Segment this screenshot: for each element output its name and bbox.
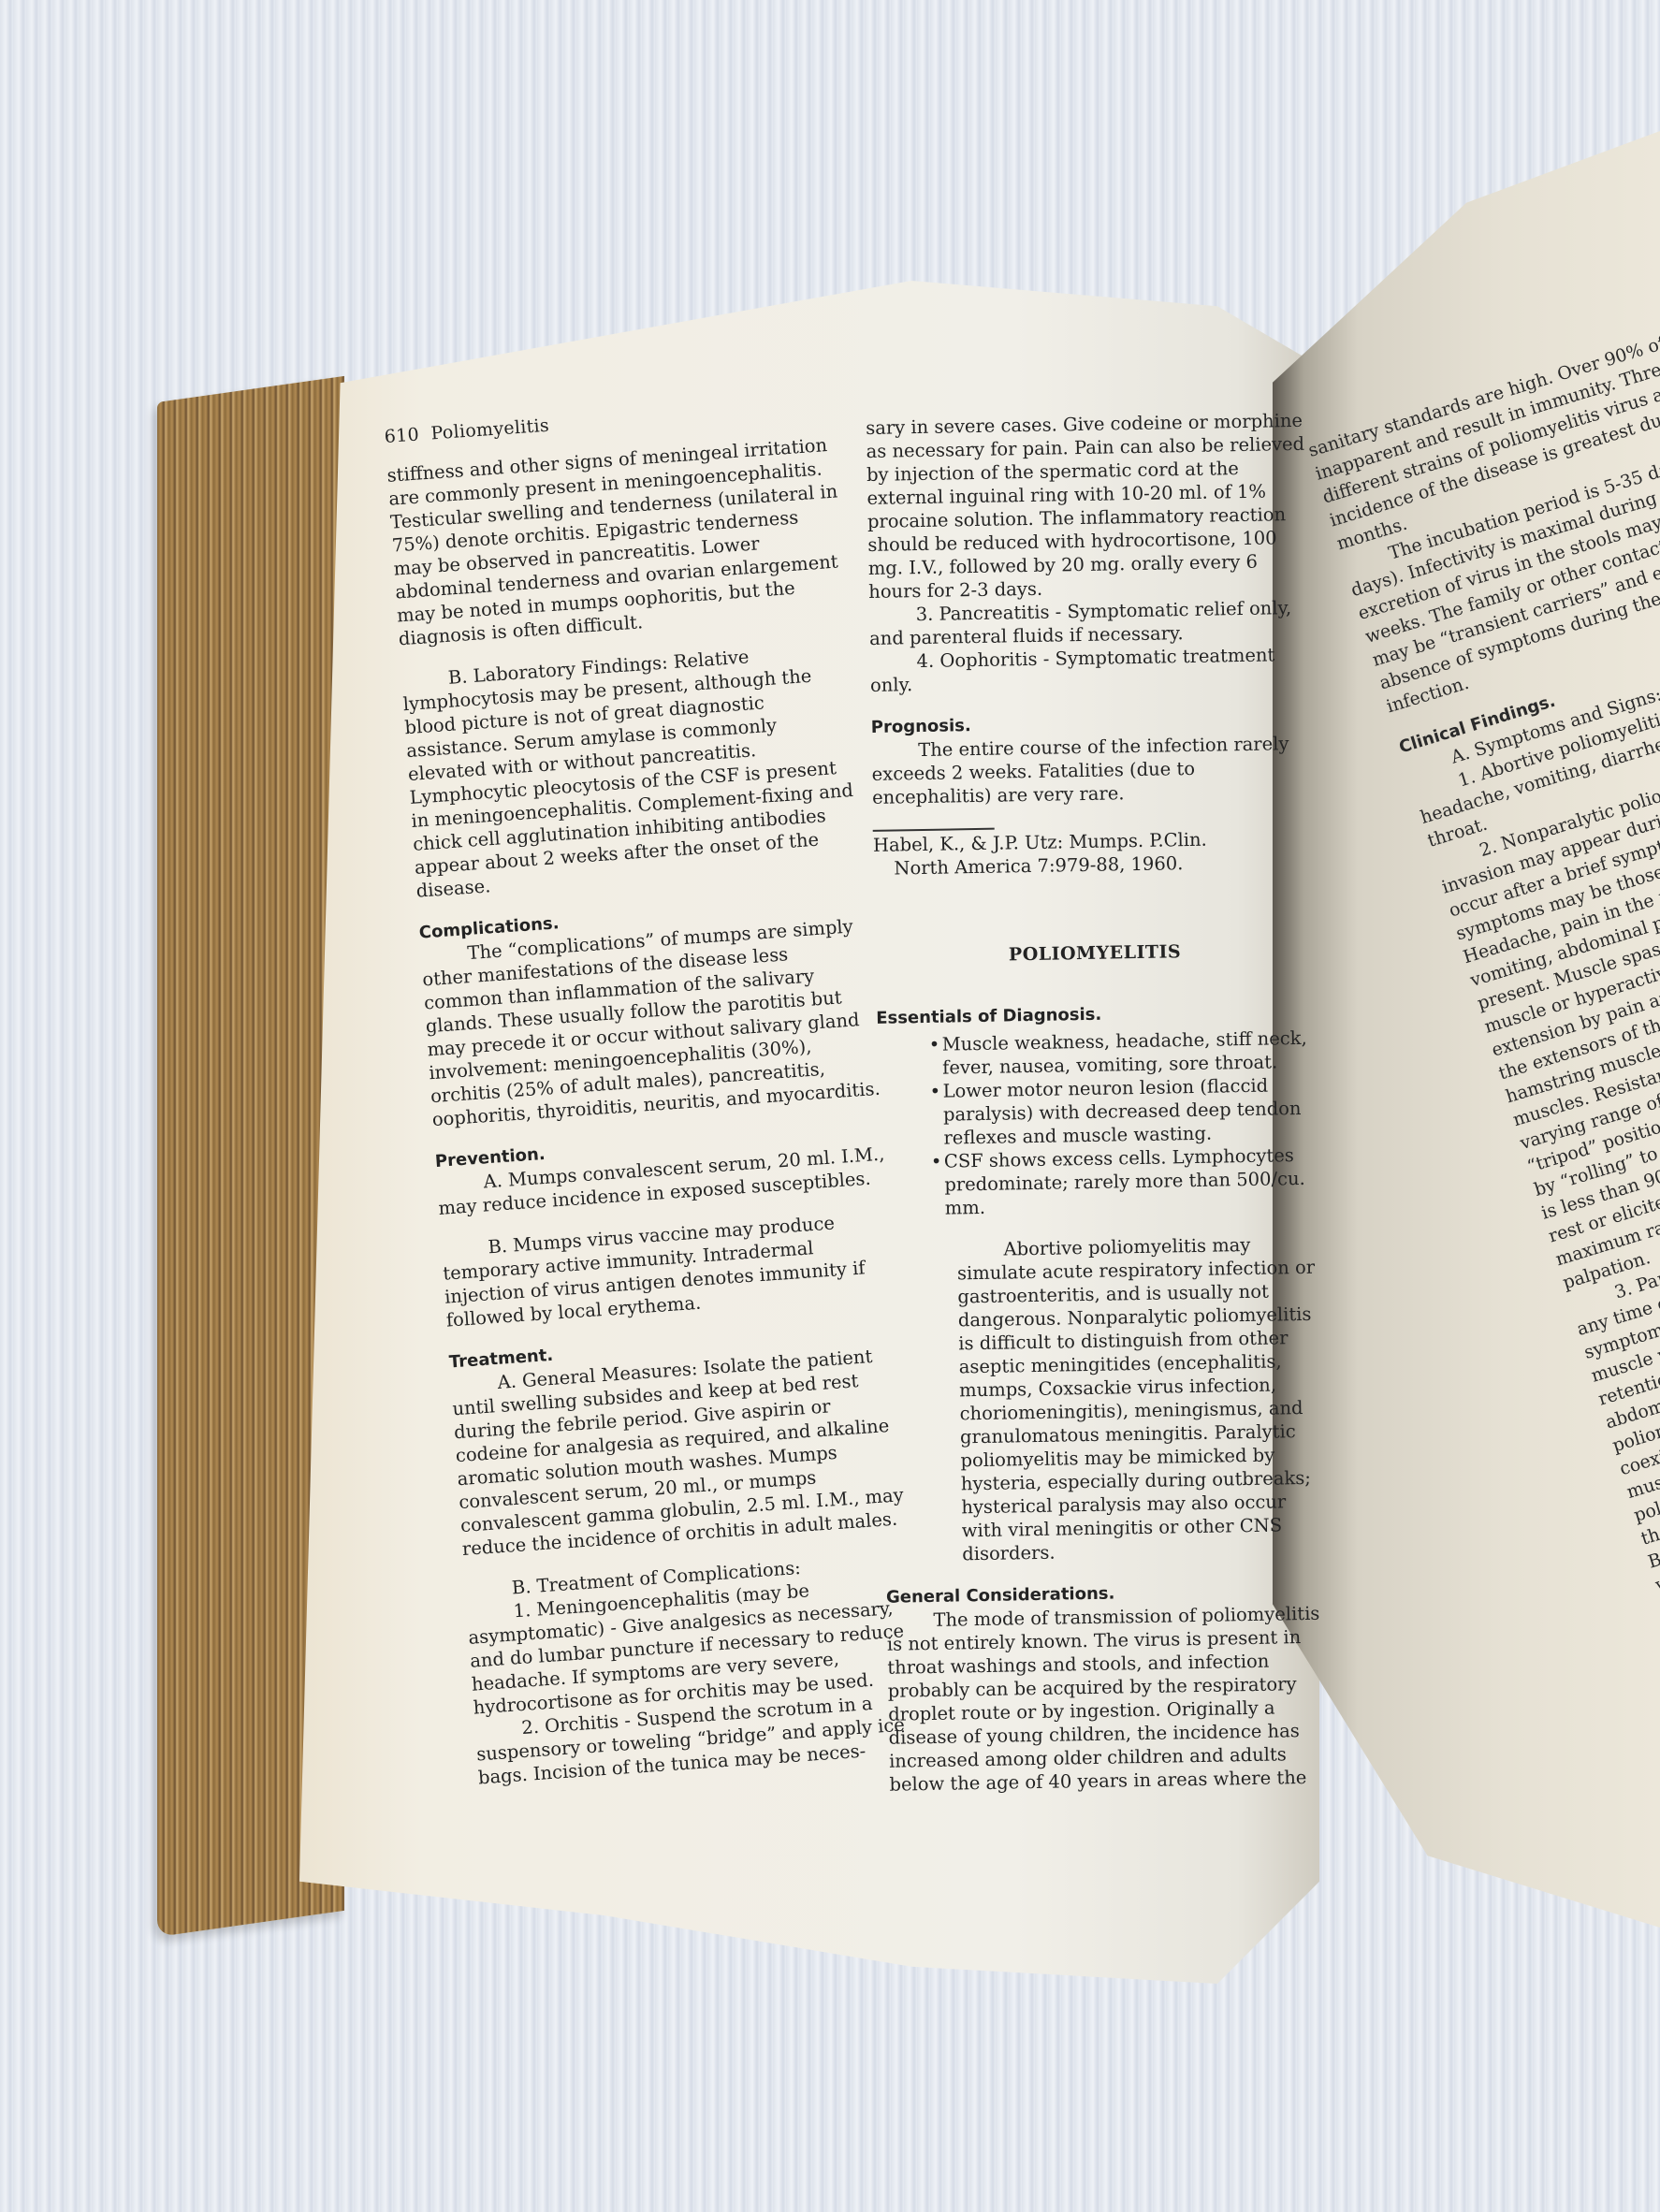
general-considerations-paragraph: The mode of transmission of poliomyeliti… [886, 1602, 1329, 1797]
left-column: 610 Poliomyelitis stiffness and other si… [384, 395, 927, 1790]
item-pancreatitis: 3. Pancreatitis - Symptomatic relief onl… [868, 596, 1309, 650]
section-title: POLIOMYELITIS [875, 939, 1315, 969]
essentials-list: Muscle weakness, headache, stiff neck, f… [877, 1026, 1319, 1221]
prevention-b: B. Mumps virus vaccine may produce tempo… [441, 1207, 896, 1332]
page-number: 610 [384, 424, 420, 447]
middle-column: sary in severe cases. Give codeine or mo… [866, 409, 1330, 1797]
item-oophoritis: 4. Oophoritis - Symptomatic treatment on… [869, 643, 1310, 697]
essentials-item: Muscle weakness, headache, stiff neck, f… [942, 1026, 1318, 1080]
treatment-a: A. General Measures: Isolate the patient… [450, 1343, 911, 1561]
intro-paragraph: stiffness and other signs of meningeal i… [386, 432, 848, 650]
orchitis-continuation: sary in severe cases. Give codeine or mo… [866, 409, 1308, 604]
essentials-item: Lower motor neuron lesion (flaccid paral… [942, 1073, 1318, 1150]
differential-paragraph: Abortive poliomyelitis may simulate acut… [880, 1232, 1325, 1567]
open-book: 610 Poliomyelitis stiffness and other si… [0, 0, 1660, 2212]
complications-paragraph: The “complications” of mumps are simply … [420, 913, 881, 1131]
essentials-heading: Essentials of Diagnosis. [876, 999, 1316, 1030]
prognosis-paragraph: The entire course of the infection rarel… [871, 732, 1312, 809]
lab-findings-paragraph: B. Laboratory Findings: Relative lymphoc… [400, 638, 865, 903]
essentials-item: CSF shows excess cells. Lymphocytes pred… [944, 1143, 1319, 1220]
